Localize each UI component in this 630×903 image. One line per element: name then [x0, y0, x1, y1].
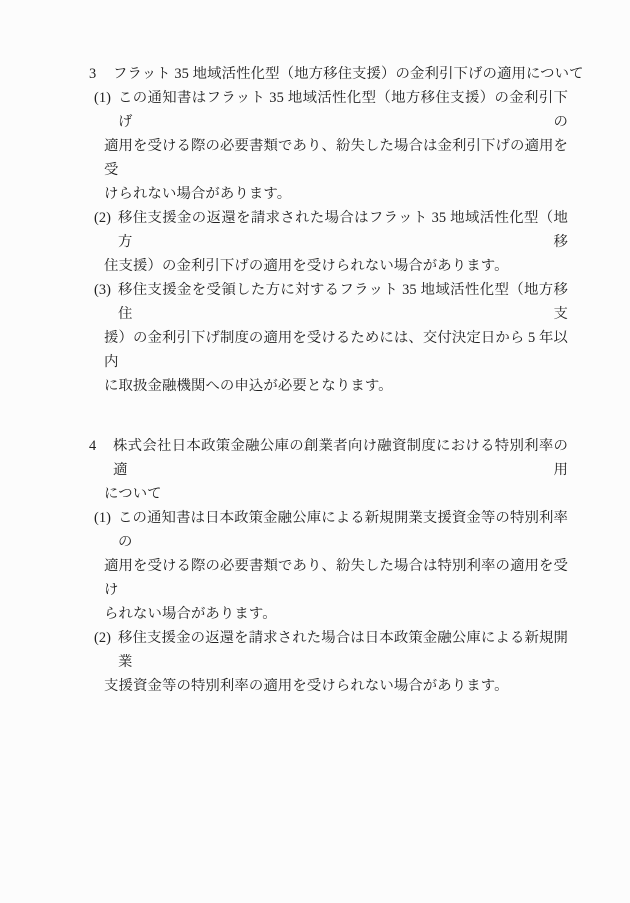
section-3-item-2: (2) 移住支援金の返還を請求された場合はフラット 35 地域活性化型（地方移 … [89, 206, 568, 278]
item-2-label: (2) [94, 626, 118, 650]
item-1-label: (1) [94, 86, 118, 110]
item-line: 支援資金等の特別利率の適用を受けられない場合があります。 [104, 674, 568, 698]
section-4-item-1: (1) この通知書は日本政策金融公庫による新規開業支援資金等の特別利率の 適用を… [89, 506, 568, 626]
item-1-text: この通知書は日本政策金融公庫による新規開業支援資金等の特別利率の [118, 510, 568, 550]
item-line: に取扱金融機関への申込が必要となります。 [104, 374, 568, 398]
item-line: (2) 移住支援金の返還を請求された場合は日本政策金融公庫による新規開業 [94, 626, 568, 674]
section-3: 3 フラット 35 地域活性化型（地方移住支援）の金利引下げの適用について (1… [89, 62, 568, 398]
item-2-text: 移住支援金の返還を請求された場合はフラット 35 地域活性化型（地方移 [118, 210, 568, 250]
document-content: 3 フラット 35 地域活性化型（地方移住支援）の金利引下げの適用について (1… [89, 62, 568, 698]
section-4-title: 株式会社日本政策金融公庫の創業者向け融資制度における特別利率の適用 [113, 438, 568, 478]
item-line: (1) この通知書はフラット 35 地域活性化型（地方移住支援）の金利引下げの [94, 86, 568, 134]
item-line: 援）の金利引下げ制度の適用を受けるためには、交付決定日から 5 年以内 [104, 326, 568, 374]
item-2-label: (2) [94, 206, 118, 230]
item-line: 適用を受ける際の必要書類であり、紛失した場合は金利引下げの適用を受 [104, 134, 568, 182]
section-3-item-3: (3) 移住支援金を受領した方に対するフラット 35 地域活性化型（地方移住支 … [89, 278, 568, 398]
item-line: けられない場合があります。 [104, 182, 568, 206]
item-2-text: 移住支援金の返還を請求された場合は日本政策金融公庫による新規開業 [118, 630, 568, 670]
item-3-label: (3) [94, 278, 118, 302]
item-1-label: (1) [94, 506, 118, 530]
section-4-number: 4 [89, 434, 113, 458]
item-1-text: この通知書はフラット 35 地域活性化型（地方移住支援）の金利引下げの [118, 90, 568, 130]
item-3-text: 移住支援金を受領した方に対するフラット 35 地域活性化型（地方移住支 [118, 282, 568, 322]
section-3-title: フラット 35 地域活性化型（地方移住支援）の金利引下げの適用について [113, 66, 584, 82]
section-4-heading: 4 株式会社日本政策金融公庫の創業者向け融資制度における特別利率の適用 [89, 434, 568, 482]
item-line: られない場合があります。 [104, 602, 568, 626]
document-page: 3 フラット 35 地域活性化型（地方移住支援）の金利引下げの適用について (1… [0, 0, 630, 903]
item-line: (3) 移住支援金を受領した方に対するフラット 35 地域活性化型（地方移住支 [94, 278, 568, 326]
section-4-heading-continuation: について [104, 482, 568, 506]
section-4: 4 株式会社日本政策金融公庫の創業者向け融資制度における特別利率の適用 について… [89, 434, 568, 698]
item-line: 適用を受ける際の必要書類であり、紛失した場合は特別利率の適用を受け [104, 554, 568, 602]
section-3-heading: 3 フラット 35 地域活性化型（地方移住支援）の金利引下げの適用について [89, 62, 568, 86]
section-4-item-2: (2) 移住支援金の返還を請求された場合は日本政策金融公庫による新規開業 支援資… [89, 626, 568, 698]
item-line: 住支援）の金利引下げの適用を受けられない場合があります。 [104, 254, 568, 278]
item-line: (1) この通知書は日本政策金融公庫による新規開業支援資金等の特別利率の [94, 506, 568, 554]
item-line: (2) 移住支援金の返還を請求された場合はフラット 35 地域活性化型（地方移 [94, 206, 568, 254]
section-3-number: 3 [89, 62, 113, 86]
section-3-item-1: (1) この通知書はフラット 35 地域活性化型（地方移住支援）の金利引下げの … [89, 86, 568, 206]
